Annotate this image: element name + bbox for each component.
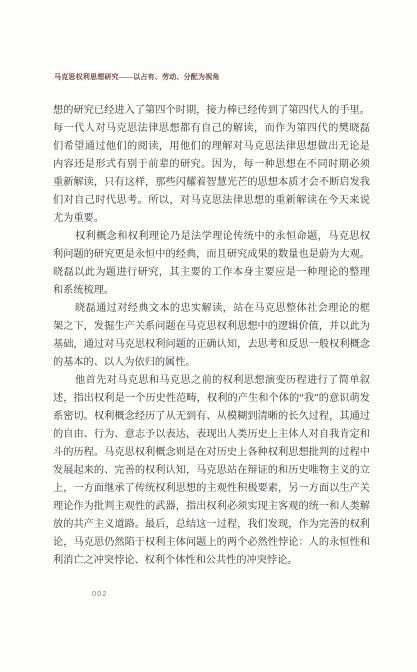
text-line: 内容还是形式有别于前辈的研究。因为，每一种思想在不同时期必须	[53, 156, 370, 174]
text-line: 基础，通过对马克思权利问题的正确认知，去思考和反思一般权利概念	[53, 336, 370, 354]
text-line: 他首先对马克思和马克思之前的权利思想演变历程进行了简单叙	[53, 372, 370, 390]
text-line: 论，马克思仍然陷于权利主体问题上的两个必然性悖论：人的永恒性和权	[53, 534, 370, 552]
text-block: 想的研究已经进入了第四个时期，接力棒已经传到了第四代人的手里。每一代人对马克思法…	[53, 102, 370, 570]
text-line: 利消亡之冲突悖论、权利个体性和公共性的冲突悖论。	[53, 552, 370, 570]
text-line: 想的研究已经进入了第四个时期，接力棒已经传到了第四代人的手里。	[53, 102, 370, 120]
text-line: 上，一方面继承了传统权利思想的主观性积极要素，另一方面以生产关系	[53, 480, 370, 498]
paragraph: 想的研究已经进入了第四个时期，接力棒已经传到了第四代人的手里。每一代人对马克思法…	[53, 102, 370, 228]
text-line: 每一代人对马克思法律思想都有自己的解读，而作为第四代的樊晓磊	[53, 120, 370, 138]
text-line: 利问题的研究更是永恒中的经典，而且研究成果的数量也是蔚为大观。	[53, 246, 370, 264]
text-line: 晓磊通过对经典文本的忠实解读，站在马克思整体社会理论的框	[53, 300, 370, 318]
text-line: 们对自己时代思考。所以，对马克思法律思想的重新解读在今天来说	[53, 192, 370, 210]
text-line: 系密切。权利概念经历了从无到有、从模糊到清晰的长久过程，其通过人	[53, 408, 370, 426]
paragraph: 晓磊通过对经典文本的忠实解读，站在马克思整体社会理论的框架之下，发掘生产关系问题…	[53, 300, 370, 372]
text-line: 尤为重要。	[53, 210, 370, 228]
paragraph: 权利概念和权利理论乃是法学理论传统中的永恒命题，马克思权利问题的研究更是永恒中的…	[53, 228, 370, 300]
text-line: 权利概念和权利理论乃是法学理论传统中的永恒命题，马克思权	[53, 228, 370, 246]
paragraph: 他首先对马克思和马克思之前的权利思想演变历程进行了简单叙述，指出权利是一个历史性…	[53, 372, 370, 570]
text-line: 们希望通过他们的阅读，用他们的理解对马克思法律思想做出无论是	[53, 138, 370, 156]
text-line: 的基本的、以人为依归的属性。	[53, 354, 370, 372]
text-line: 斗的历程。马克思权利概念则是在对历史上各种权利思想批判的过程中	[53, 444, 370, 462]
book-page: 马克思权利思想研究——以占有、劳动、分配为视角 想的研究已经进入了第四个时期，接…	[0, 0, 417, 672]
text-line: 的自由、行为、意志予以表达，表现出人类历史上主体人对自我肯定和奋	[53, 426, 370, 444]
text-line: 晓磊以此为题进行研究，其主要的工作本身主要应是一种理论的整理	[53, 264, 370, 282]
text-line: 架之下，发掘生产关系问题在马克思权利思想中的逻辑价值，并以此为	[53, 318, 370, 336]
running-header: 马克思权利思想研究——以占有、劳动、分配为视角	[54, 73, 354, 82]
text-line: 发展起来的、完善的权利认知，马克思站在辩证的和历史唯物主义的立场	[53, 462, 370, 480]
text-line: 理论作为批判主观性的武器，指出权利必须实现主客观的统一和人类解	[53, 498, 370, 516]
text-line: 和系统梳理。	[53, 282, 370, 300]
text-line: 放的共产主义道路。最后，总结这一过程，我们发现，作为完善的权利理	[53, 516, 370, 534]
text-line: 重新解读，只有这样，那些闪耀着智慧光芒的思想本质才会不断启发我	[53, 174, 370, 192]
text-line: 述，指出权利是一个历史性范畴，权利的产生和个体的“我”的意识萌发关	[53, 390, 370, 408]
page-number: 002	[92, 589, 108, 598]
